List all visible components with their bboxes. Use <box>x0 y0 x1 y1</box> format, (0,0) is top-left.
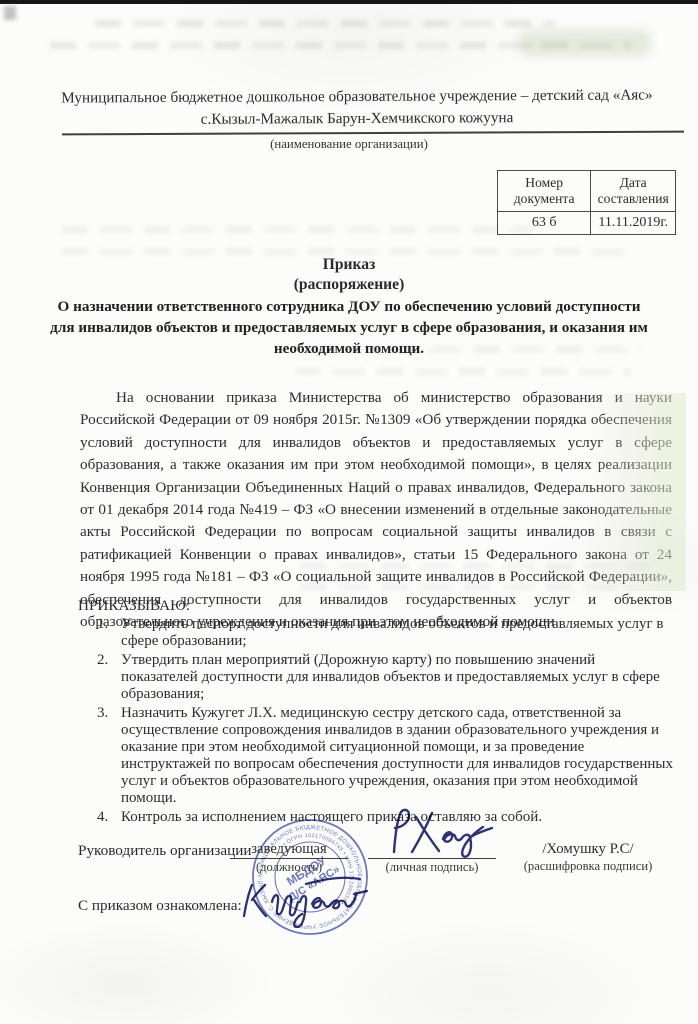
doc-number-table: Номер документа Дата составления 63 б 11… <box>497 170 676 235</box>
org-header: Муниципальное бюджетное дошкольное образ… <box>0 84 698 131</box>
order-item: 2. Утвердить план мероприятий (Дорожную … <box>97 652 673 703</box>
org-name-line2: с.Кызыл-Мажалык Барун-Хемчикского кожуун… <box>0 106 698 131</box>
leader-label: Руководитель организации <box>78 842 252 860</box>
title-subject: О назначении ответственного сотрудника Д… <box>44 296 654 359</box>
bleed-through-line <box>62 248 632 255</box>
order-item: 3. Назначить Кужугет Л.Х. медицинскую се… <box>97 705 673 807</box>
handwritten-signature-leader <box>386 806 504 860</box>
doc-number-header-cell: Номер документа <box>498 171 591 212</box>
signature-transcript-cell: /Хомушку Р.С/ (расшифровка подписи) <box>508 840 668 874</box>
doc-number-value-cell: 63 б <box>498 212 591 235</box>
scanned-order-document: Муниципальное бюджетное дошкольное образ… <box>0 0 698 1024</box>
position-value: заведующая <box>230 840 348 859</box>
order-item-text: Утвердить план мероприятий (Дорожную кар… <box>121 652 673 703</box>
document-title-block: Приказ (распоряжение) О назначении ответ… <box>44 255 654 359</box>
order-item: 4. Контроль за исполнением настоящего пр… <box>97 809 673 826</box>
personal-signature-caption: (личная подпись) <box>368 860 496 875</box>
order-item-number: 1. <box>97 616 121 650</box>
scan-color-blob <box>520 30 650 56</box>
order-item-number: 4. <box>97 809 121 826</box>
handwritten-signature-acknowledged <box>236 872 376 928</box>
signature-transcript-caption: (расшифровка подписи) <box>508 859 668 874</box>
title-order: Приказ <box>44 255 654 275</box>
bleed-through-line <box>295 368 630 375</box>
order-items-list: 1. Утвердить паспорт доступности для инв… <box>97 616 673 826</box>
acknowledged-label: С приказом ознакомлена: <box>78 897 242 915</box>
order-item: 1. Утвердить паспорт доступности для инв… <box>97 616 673 650</box>
scan-edge-artifact <box>0 0 698 4</box>
position-cell: заведующая (должность) <box>230 840 348 875</box>
order-item-number: 2. <box>97 652 121 703</box>
order-item-number: 3. <box>97 705 121 807</box>
title-disposition: (распоряжение) <box>44 275 654 295</box>
org-name-caption: (наименование организации) <box>0 137 698 152</box>
order-item-text: Утвердить паспорт доступности для инвали… <box>121 616 673 650</box>
bleed-through-line <box>95 20 555 27</box>
signature-transcript: /Хомушку Р.С/ <box>508 840 668 858</box>
bleed-through-line <box>62 226 532 233</box>
doc-date-header-cell: Дата составления <box>591 171 676 212</box>
org-name-underline <box>62 131 684 136</box>
doc-date-value-cell: 11.11.2019г. <box>591 212 676 235</box>
scan-smudge <box>4 6 16 20</box>
order-item-text: Назначить Кужугет Л.Х. медицинскую сестр… <box>121 705 673 807</box>
org-name-line1: Муниципальное бюджетное дошкольное образ… <box>0 84 698 109</box>
order-heading: ПРИКАЗЫВАЮ: <box>78 597 190 615</box>
